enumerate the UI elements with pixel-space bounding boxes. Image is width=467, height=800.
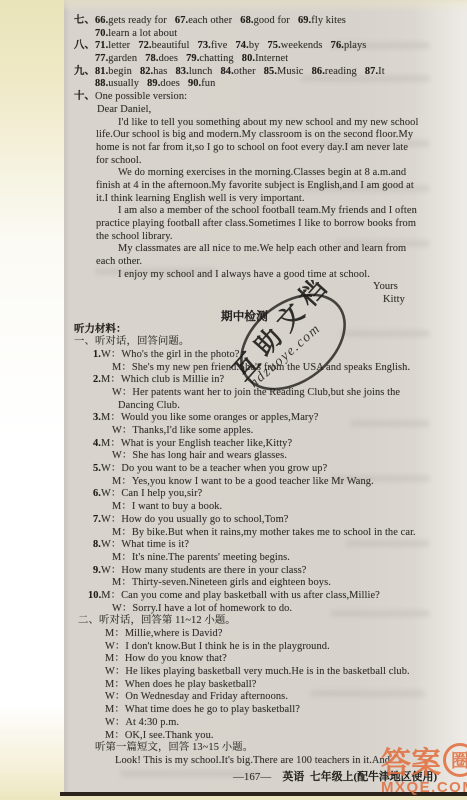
text-line: M：How do you know that? xyxy=(74,653,467,666)
scan-bottom-strip xyxy=(0,796,467,800)
text-line: the school library. xyxy=(74,231,467,244)
text-line: 4.M：What is your English teacher like,Ki… xyxy=(74,438,467,451)
text-line: M：What time does he go to play basketbal… xyxy=(74,704,467,717)
text-line: practice playing football after class.So… xyxy=(74,218,467,231)
text-line: Dear Daniel, xyxy=(74,104,467,117)
scan-left-margin xyxy=(0,0,64,800)
text-line: W：I don't know.But I think he is in the … xyxy=(74,641,467,654)
stamp-drawing: 互助文档 hdzuoye.com xyxy=(230,280,386,410)
text-line: 7.W：How do you usually go to school,Tom? xyxy=(74,514,467,527)
text-line: life.Our school is big and modern.My cla… xyxy=(74,129,467,142)
text-line: 88.usually 89.does 90.fun xyxy=(74,78,467,91)
text-line: each other. xyxy=(74,256,467,269)
answer-circle-watermark: 答案 圈 MXQE.COM xyxy=(381,742,467,796)
text-line: 七、66.gets ready for 67.each other 68.goo… xyxy=(74,15,467,28)
text-line: 8.W：What time is it? xyxy=(74,539,467,552)
text-line: 77.garden 78.does 79.chatting 80.Interne… xyxy=(74,53,467,66)
text-line: I'd like to tell you something about my … xyxy=(74,117,467,130)
scan-top-tint xyxy=(64,0,467,12)
text-line: M：It's nine.The parents' meeting begins. xyxy=(74,552,467,565)
handwritten-stamp: 互助文档 hdzuoye.com xyxy=(230,280,386,410)
text-line: 70.learn a lot about xyxy=(74,28,467,41)
text-line: W：Sorry.I have a lot of homework to do. xyxy=(74,603,467,616)
text-line: 二、听对话，回答第 11~12 小题。 xyxy=(74,615,467,628)
text-line: M：Yes,you know I want to be a good teach… xyxy=(74,476,467,489)
text-line: M：I want to buy a book. xyxy=(74,501,467,514)
text-line: for school. xyxy=(74,155,467,168)
text-line: My classmates are all nice to me.We help… xyxy=(74,243,467,256)
text-line: W：At 4:30 p.m. xyxy=(74,717,467,730)
watermark-site: MXQE.COM xyxy=(381,779,467,796)
text-line: 6.W：Can I help you,sir? xyxy=(74,488,467,501)
text-line: M：Thirty-seven.Nineteen girls and eighte… xyxy=(74,577,467,590)
text-line: W：She has long hair and wears glasses. xyxy=(74,450,467,463)
text-line: 10.M：Can you come and play basketball wi… xyxy=(74,590,467,603)
scanned-textbook-page: { "document": { "lines": [ {"in":0, "seg… xyxy=(0,0,467,800)
text-line: W：He likes playing basketball very much.… xyxy=(74,666,467,679)
text-line: M：Millie,where is David? xyxy=(74,628,467,641)
text-line: 九、81.begin 82.has 83.lunch 84.other 85.M… xyxy=(74,66,467,79)
text-line: 十、One possible version: xyxy=(74,91,467,104)
text-line: W：On Wednesday and Friday afternoons. xyxy=(74,691,467,704)
text-line: 八、71.letter 72.beautiful 73.five 74.by 7… xyxy=(74,40,467,53)
watermark-circle-icon: 圈 xyxy=(443,743,467,777)
text-line: We do morning exercises in the morning.C… xyxy=(74,167,467,180)
text-line: 5.W：Do you want to be a teacher when you… xyxy=(74,463,467,476)
text-line: M：When does he play basketball? xyxy=(74,679,467,692)
text-line: M：By bike.But when it rains,my mother ta… xyxy=(74,527,467,540)
text-line: finish at 4 in the afternoon.My favorite… xyxy=(74,180,467,193)
text-line: I am also a member of the school footbal… xyxy=(74,205,467,218)
text-line: 9.W：How many students are there in your … xyxy=(74,565,467,578)
text-line: W：Thanks,I'd like some apples. xyxy=(74,425,467,438)
text-line: it.I think learning English well is very… xyxy=(74,193,467,206)
text-line: home is not far from it,so I go to schoo… xyxy=(74,142,467,155)
text-line: 3.M：Would you like some oranges or apple… xyxy=(74,412,467,425)
watermark-text: 答案 xyxy=(381,738,441,782)
